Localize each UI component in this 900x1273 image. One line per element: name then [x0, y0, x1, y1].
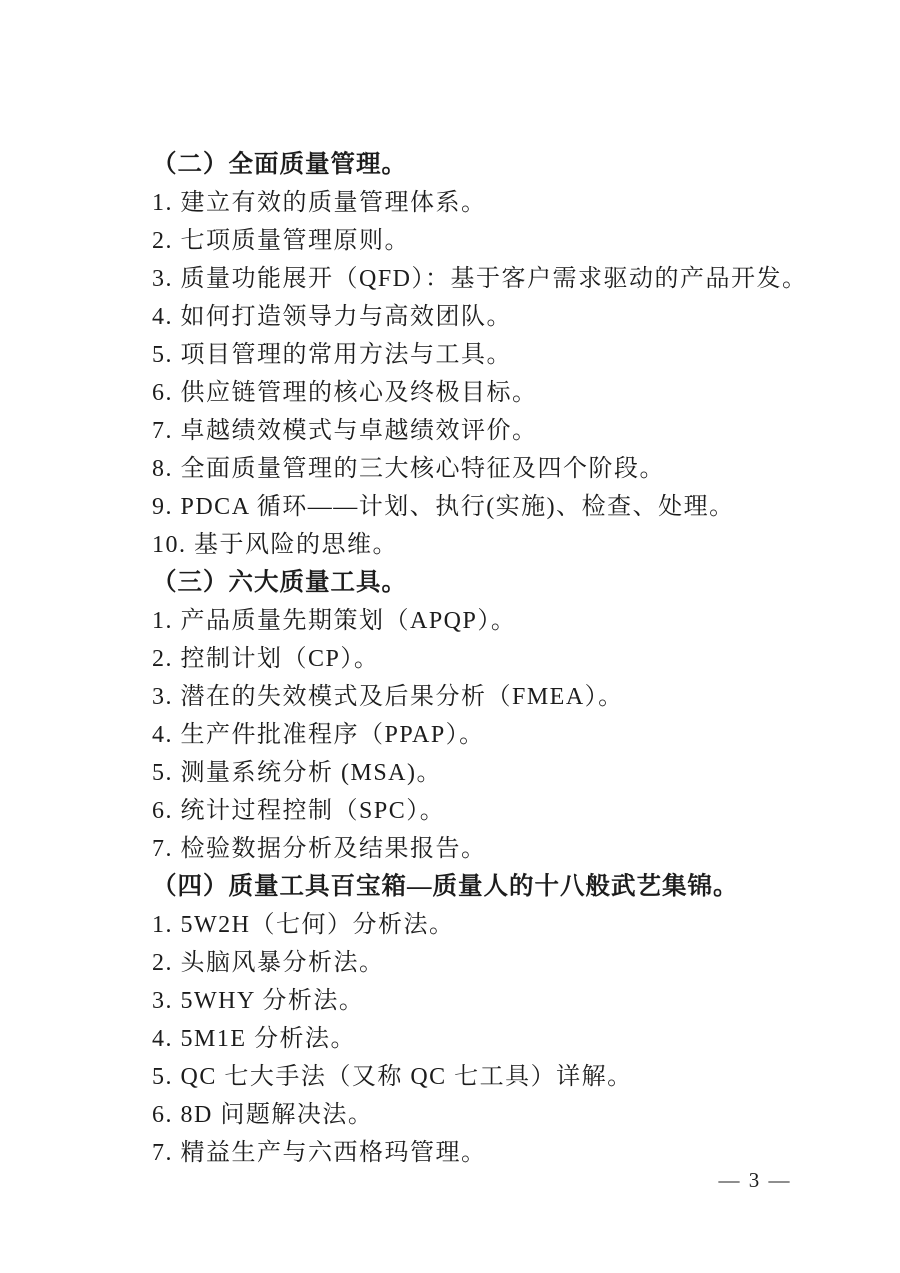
- page-number: — 3 —: [690, 1168, 820, 1193]
- list-item: 9. PDCA 循环——计划、执行(实施)、检查、处理。: [152, 488, 812, 526]
- list-item: 2. 头脑风暴分析法。: [152, 944, 812, 982]
- list-item: 7. 检验数据分析及结果报告。: [152, 830, 812, 868]
- list-item: 4. 如何打造领导力与高效团队。: [152, 298, 812, 336]
- list-item: 3. 5WHY 分析法。: [152, 982, 812, 1020]
- document-page: （二）全面质量管理。 1. 建立有效的质量管理体系。 2. 七项质量管理原则。 …: [0, 0, 900, 1273]
- list-item: 5. 测量系统分析 (MSA)。: [152, 754, 812, 792]
- list-item: 8. 全面质量管理的三大核心特征及四个阶段。: [152, 450, 812, 488]
- list-item: 2. 七项质量管理原则。: [152, 222, 812, 260]
- list-item: 10. 基于风险的思维。: [152, 526, 812, 564]
- list-item: 5. QC 七大手法（又称 QC 七工具）详解。: [152, 1058, 812, 1096]
- list-item: 1. 5W2H（七何）分析法。: [152, 906, 812, 944]
- list-item: 7. 精益生产与六西格玛管理。: [152, 1134, 812, 1172]
- document-body: （二）全面质量管理。 1. 建立有效的质量管理体系。 2. 七项质量管理原则。 …: [152, 146, 812, 1172]
- section-heading-4: （四）质量工具百宝箱—质量人的十八般武艺集锦。: [152, 868, 812, 906]
- list-item: 3. 质量功能展开（QFD）：基于客户需求驱动的产品开发。: [152, 260, 812, 298]
- section-heading-2: （二）全面质量管理。: [152, 146, 812, 184]
- list-item: 2. 控制计划（CP）。: [152, 640, 812, 678]
- list-item: 4. 5M1E 分析法。: [152, 1020, 812, 1058]
- list-item: 6. 8D 问题解决法。: [152, 1096, 812, 1134]
- section-heading-3: （三）六大质量工具。: [152, 564, 812, 602]
- list-item: 5. 项目管理的常用方法与工具。: [152, 336, 812, 374]
- list-item: 6. 供应链管理的核心及终极目标。: [152, 374, 812, 412]
- list-item: 1. 建立有效的质量管理体系。: [152, 184, 812, 222]
- list-item: 7. 卓越绩效模式与卓越绩效评价。: [152, 412, 812, 450]
- list-item: 3. 潜在的失效模式及后果分析（FMEA）。: [152, 678, 812, 716]
- list-item: 6. 统计过程控制（SPC）。: [152, 792, 812, 830]
- list-item: 1. 产品质量先期策划（APQP）。: [152, 602, 812, 640]
- list-item: 4. 生产件批准程序（PPAP）。: [152, 716, 812, 754]
